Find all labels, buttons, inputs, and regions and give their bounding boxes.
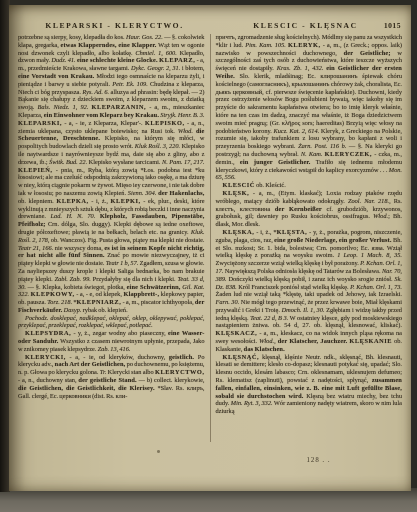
page-scan: KLEPARSKI - KLERYCTWO. KLESCIC - KLĘSNAC… [9, 5, 411, 491]
page-number: 1015 [384, 21, 401, 30]
book-edge-bottom [0, 488, 417, 512]
signature-mark: 128 . . [258, 457, 379, 464]
page-header: KLEPARSKI - KLERYCTWO. KLESCIC - KLĘSNAC… [19, 21, 401, 30]
header-left-title: KLEPARSKI - KLERYCTWO. [19, 21, 210, 30]
header-right-title: KLESCIC - KLĘSNAC [210, 21, 401, 30]
left-column-text: potrzebne są sierpy, kosy, klepadła do k… [18, 34, 210, 442]
right-column-text: причтъ, zgromadzenie sług kościelnych). … [210, 34, 403, 442]
ink-speck [157, 450, 160, 453]
text-columns: potrzebne są sierpy, kosy, klepadła do k… [18, 34, 402, 442]
